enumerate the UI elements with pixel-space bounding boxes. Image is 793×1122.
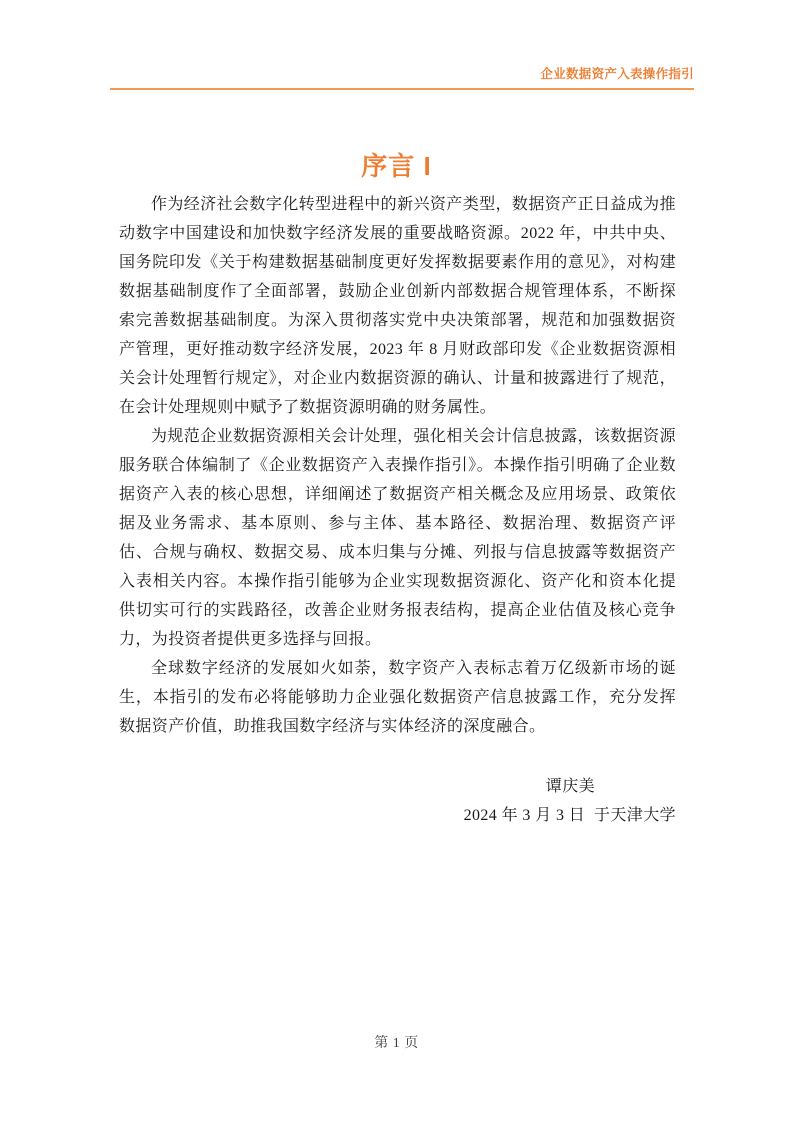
document-page: 企业数据资产入表操作指引 序言 I 作为经济社会数字化转型进程中的新兴资产类型，… xyxy=(0,0,793,1122)
signature-block: 谭庆美 2024 年 3 月 3 日 于天津大学 xyxy=(119,772,676,830)
body-paragraph: 为规范企业数据资源相关会计处理，强化相关会计信息披露，该数据资源服务联合体编制了… xyxy=(119,422,676,654)
page-number: 第 1 页 xyxy=(374,1036,419,1051)
page-footer: 第 1 页 xyxy=(0,1032,793,1052)
document-body: 作为经济社会数字化转型进程中的新兴资产类型，数据资产正日益成为推动数字中国建设和… xyxy=(119,190,676,830)
signature-name: 谭庆美 xyxy=(119,772,676,801)
running-header: 企业数据资产入表操作指引 xyxy=(110,64,694,90)
body-paragraph: 作为经济社会数字化转型进程中的新兴资产类型，数据资产正日益成为推动数字中国建设和… xyxy=(119,190,676,422)
signature-date-place: 2024 年 3 月 3 日 于天津大学 xyxy=(119,801,676,830)
body-paragraph: 全球数字经济的发展如火如荼，数字资产入表标志着万亿级新市场的诞生，本指引的发布必… xyxy=(119,654,676,741)
running-header-title: 企业数据资产入表操作指引 xyxy=(540,67,694,81)
section-title: 序言 I xyxy=(0,146,793,183)
